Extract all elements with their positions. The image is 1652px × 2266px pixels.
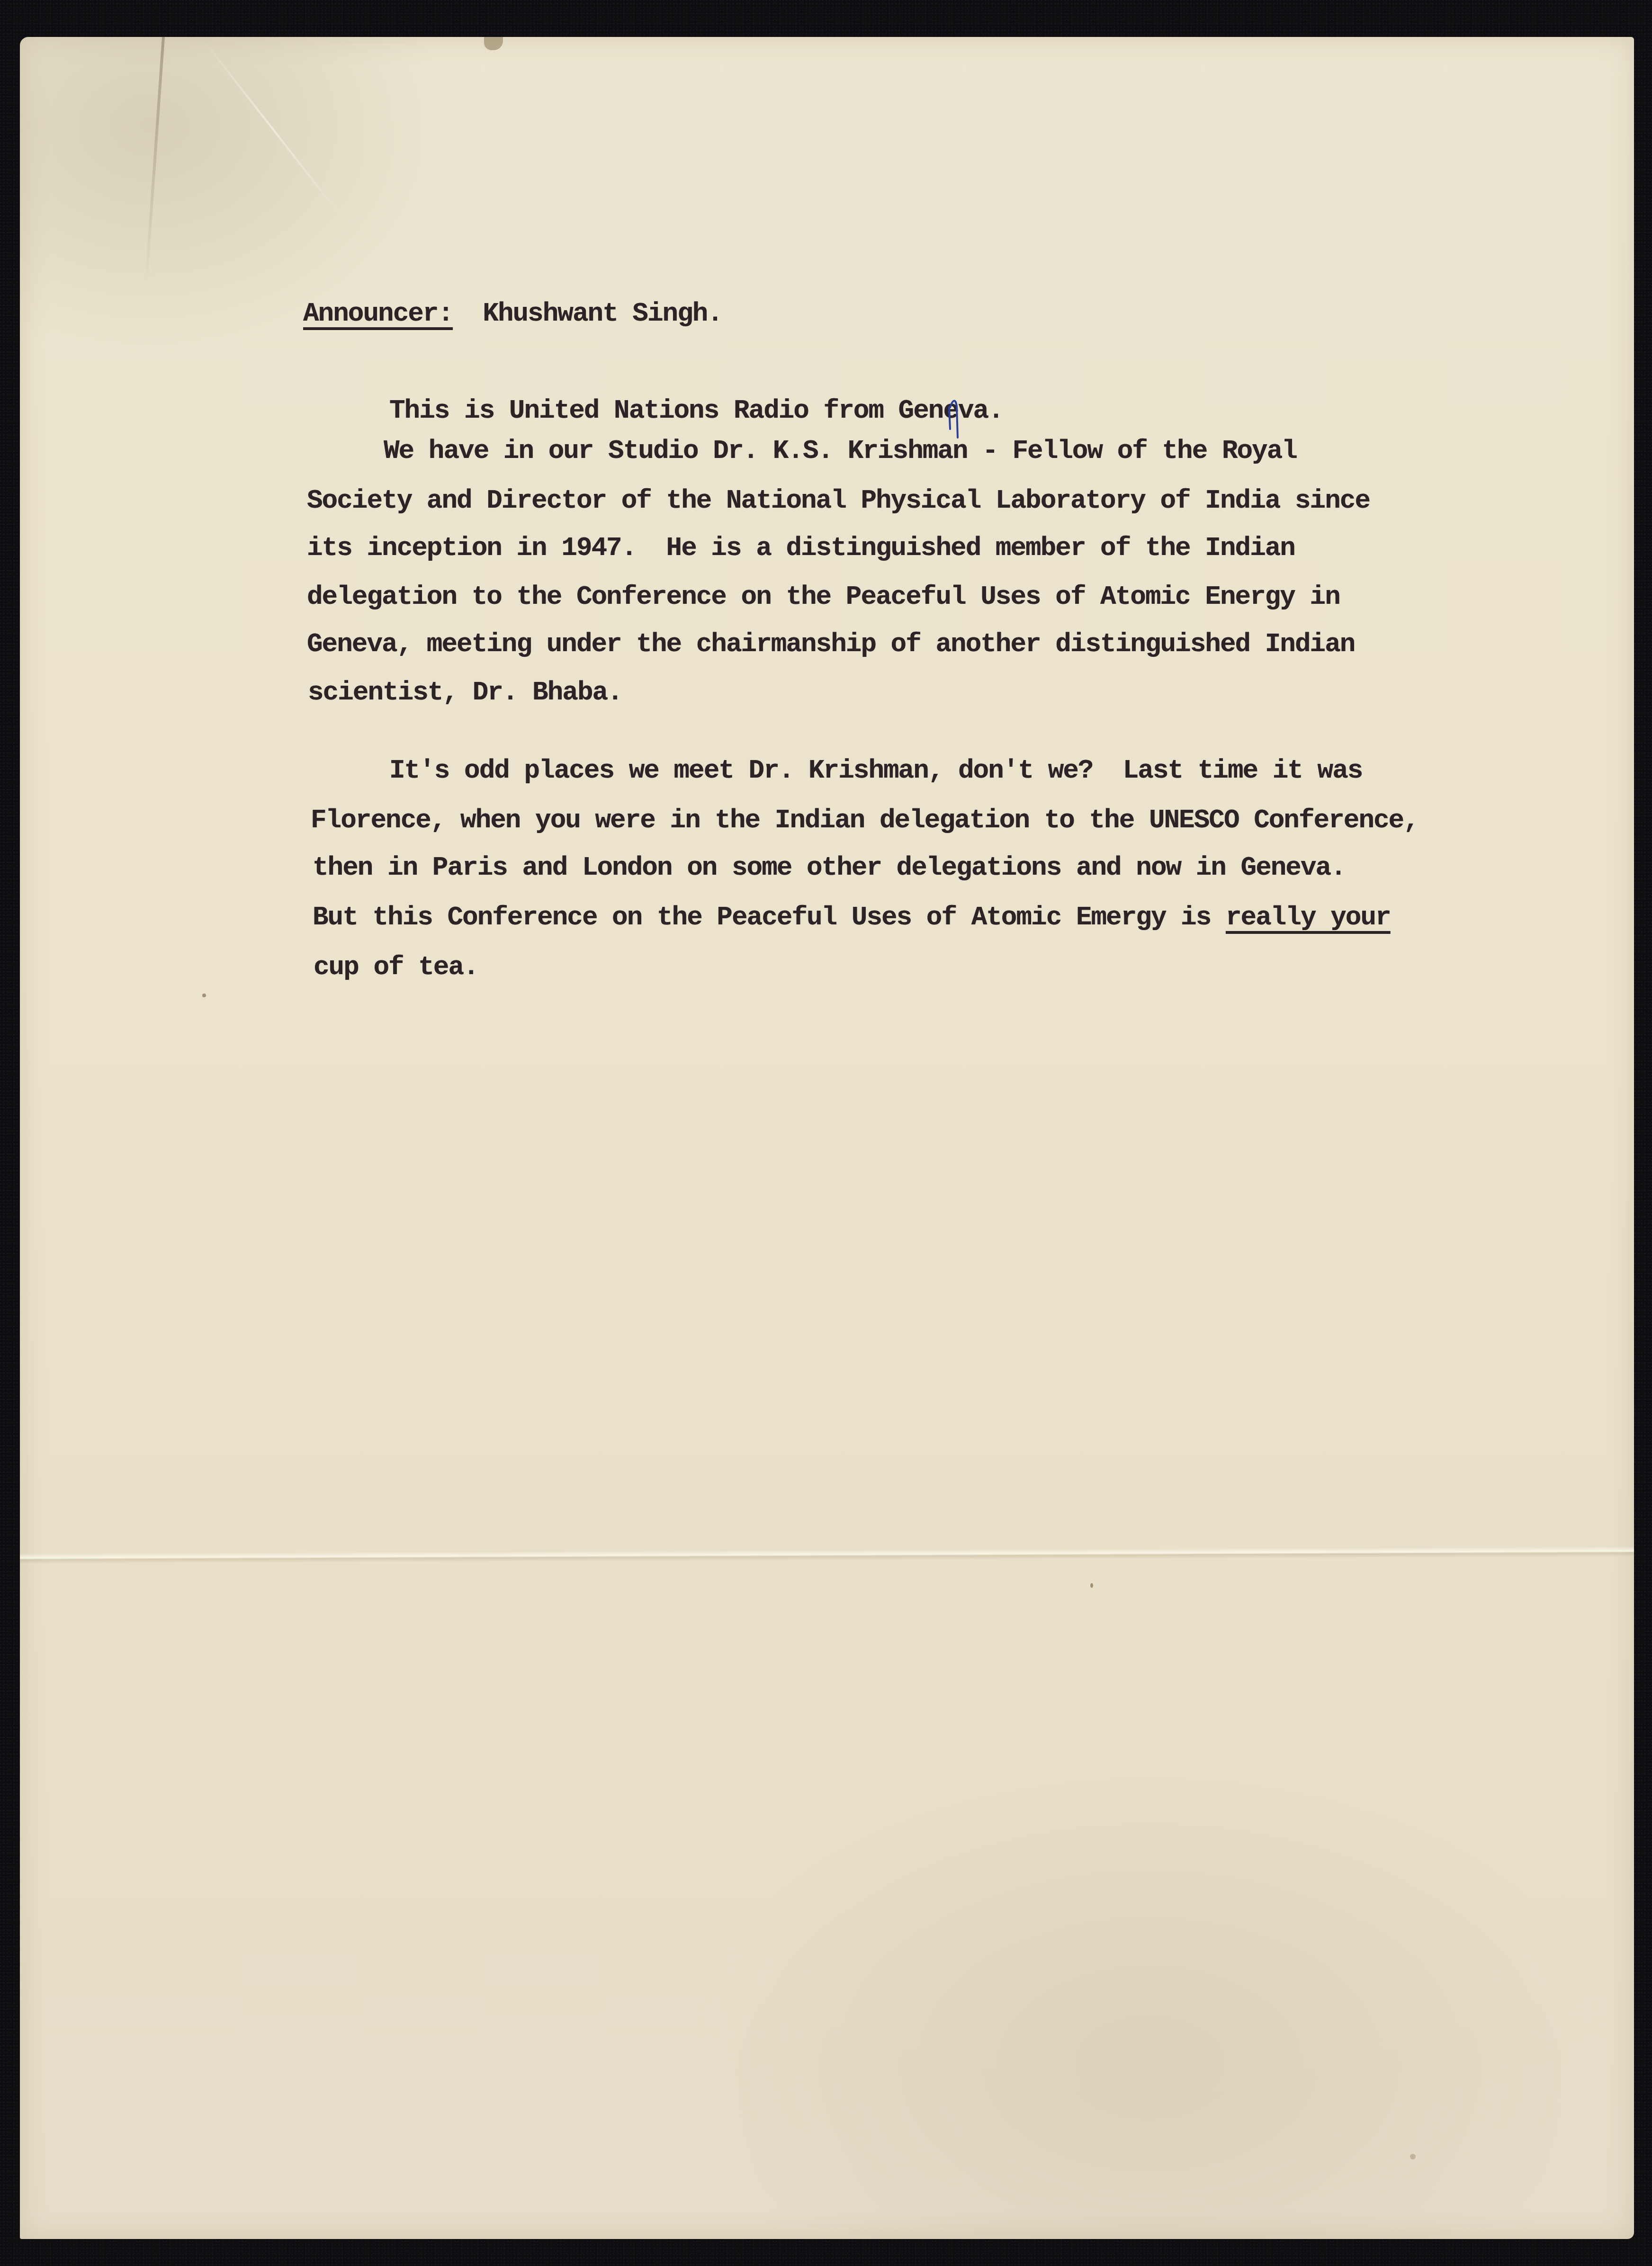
underlined-phrase: really your bbox=[1226, 902, 1391, 932]
paragraph-2-line-4: delegation to the Conference on the Peac… bbox=[307, 582, 1340, 612]
paragraph-3-line-5: cup of tea. bbox=[314, 952, 478, 982]
paragraph-3-line-1: It's odd places we meet Dr. Krishman, do… bbox=[389, 755, 1362, 786]
document-text: Announcer: Khushwant Singh. This is Unit… bbox=[0, 0, 1652, 2266]
paragraph-2-line-2: Society and Director of the National Phy… bbox=[307, 485, 1370, 516]
paragraph-2-line-3: its inception in 1947. He is a distingui… bbox=[307, 533, 1295, 563]
paragraph-2-line-5: Geneva, meeting under the chairmanship o… bbox=[307, 629, 1355, 659]
paragraph-2-line-6: scientist, Dr. Bhaba. bbox=[308, 677, 622, 708]
paragraph-2-line-1: We have in our Studio Dr. K.S. Krishman … bbox=[384, 436, 1297, 466]
ink-correction-mark bbox=[946, 397, 962, 439]
announcer-line: Announcer: Khushwant Singh. bbox=[303, 298, 722, 329]
paragraph-3-line-3: then in Paris and London on some other d… bbox=[313, 852, 1346, 883]
announcer-name: Khushwant Singh. bbox=[483, 298, 722, 329]
paragraph-3-line-2: Florence, when you were in the Indian de… bbox=[311, 805, 1419, 835]
paragraph-1-line-1: This is United Nations Radio from Geneva… bbox=[389, 395, 1003, 426]
paragraph-3-line-4: But this Conference on the Peaceful Uses… bbox=[313, 902, 1391, 932]
announcer-label: Announcer: bbox=[303, 298, 453, 329]
